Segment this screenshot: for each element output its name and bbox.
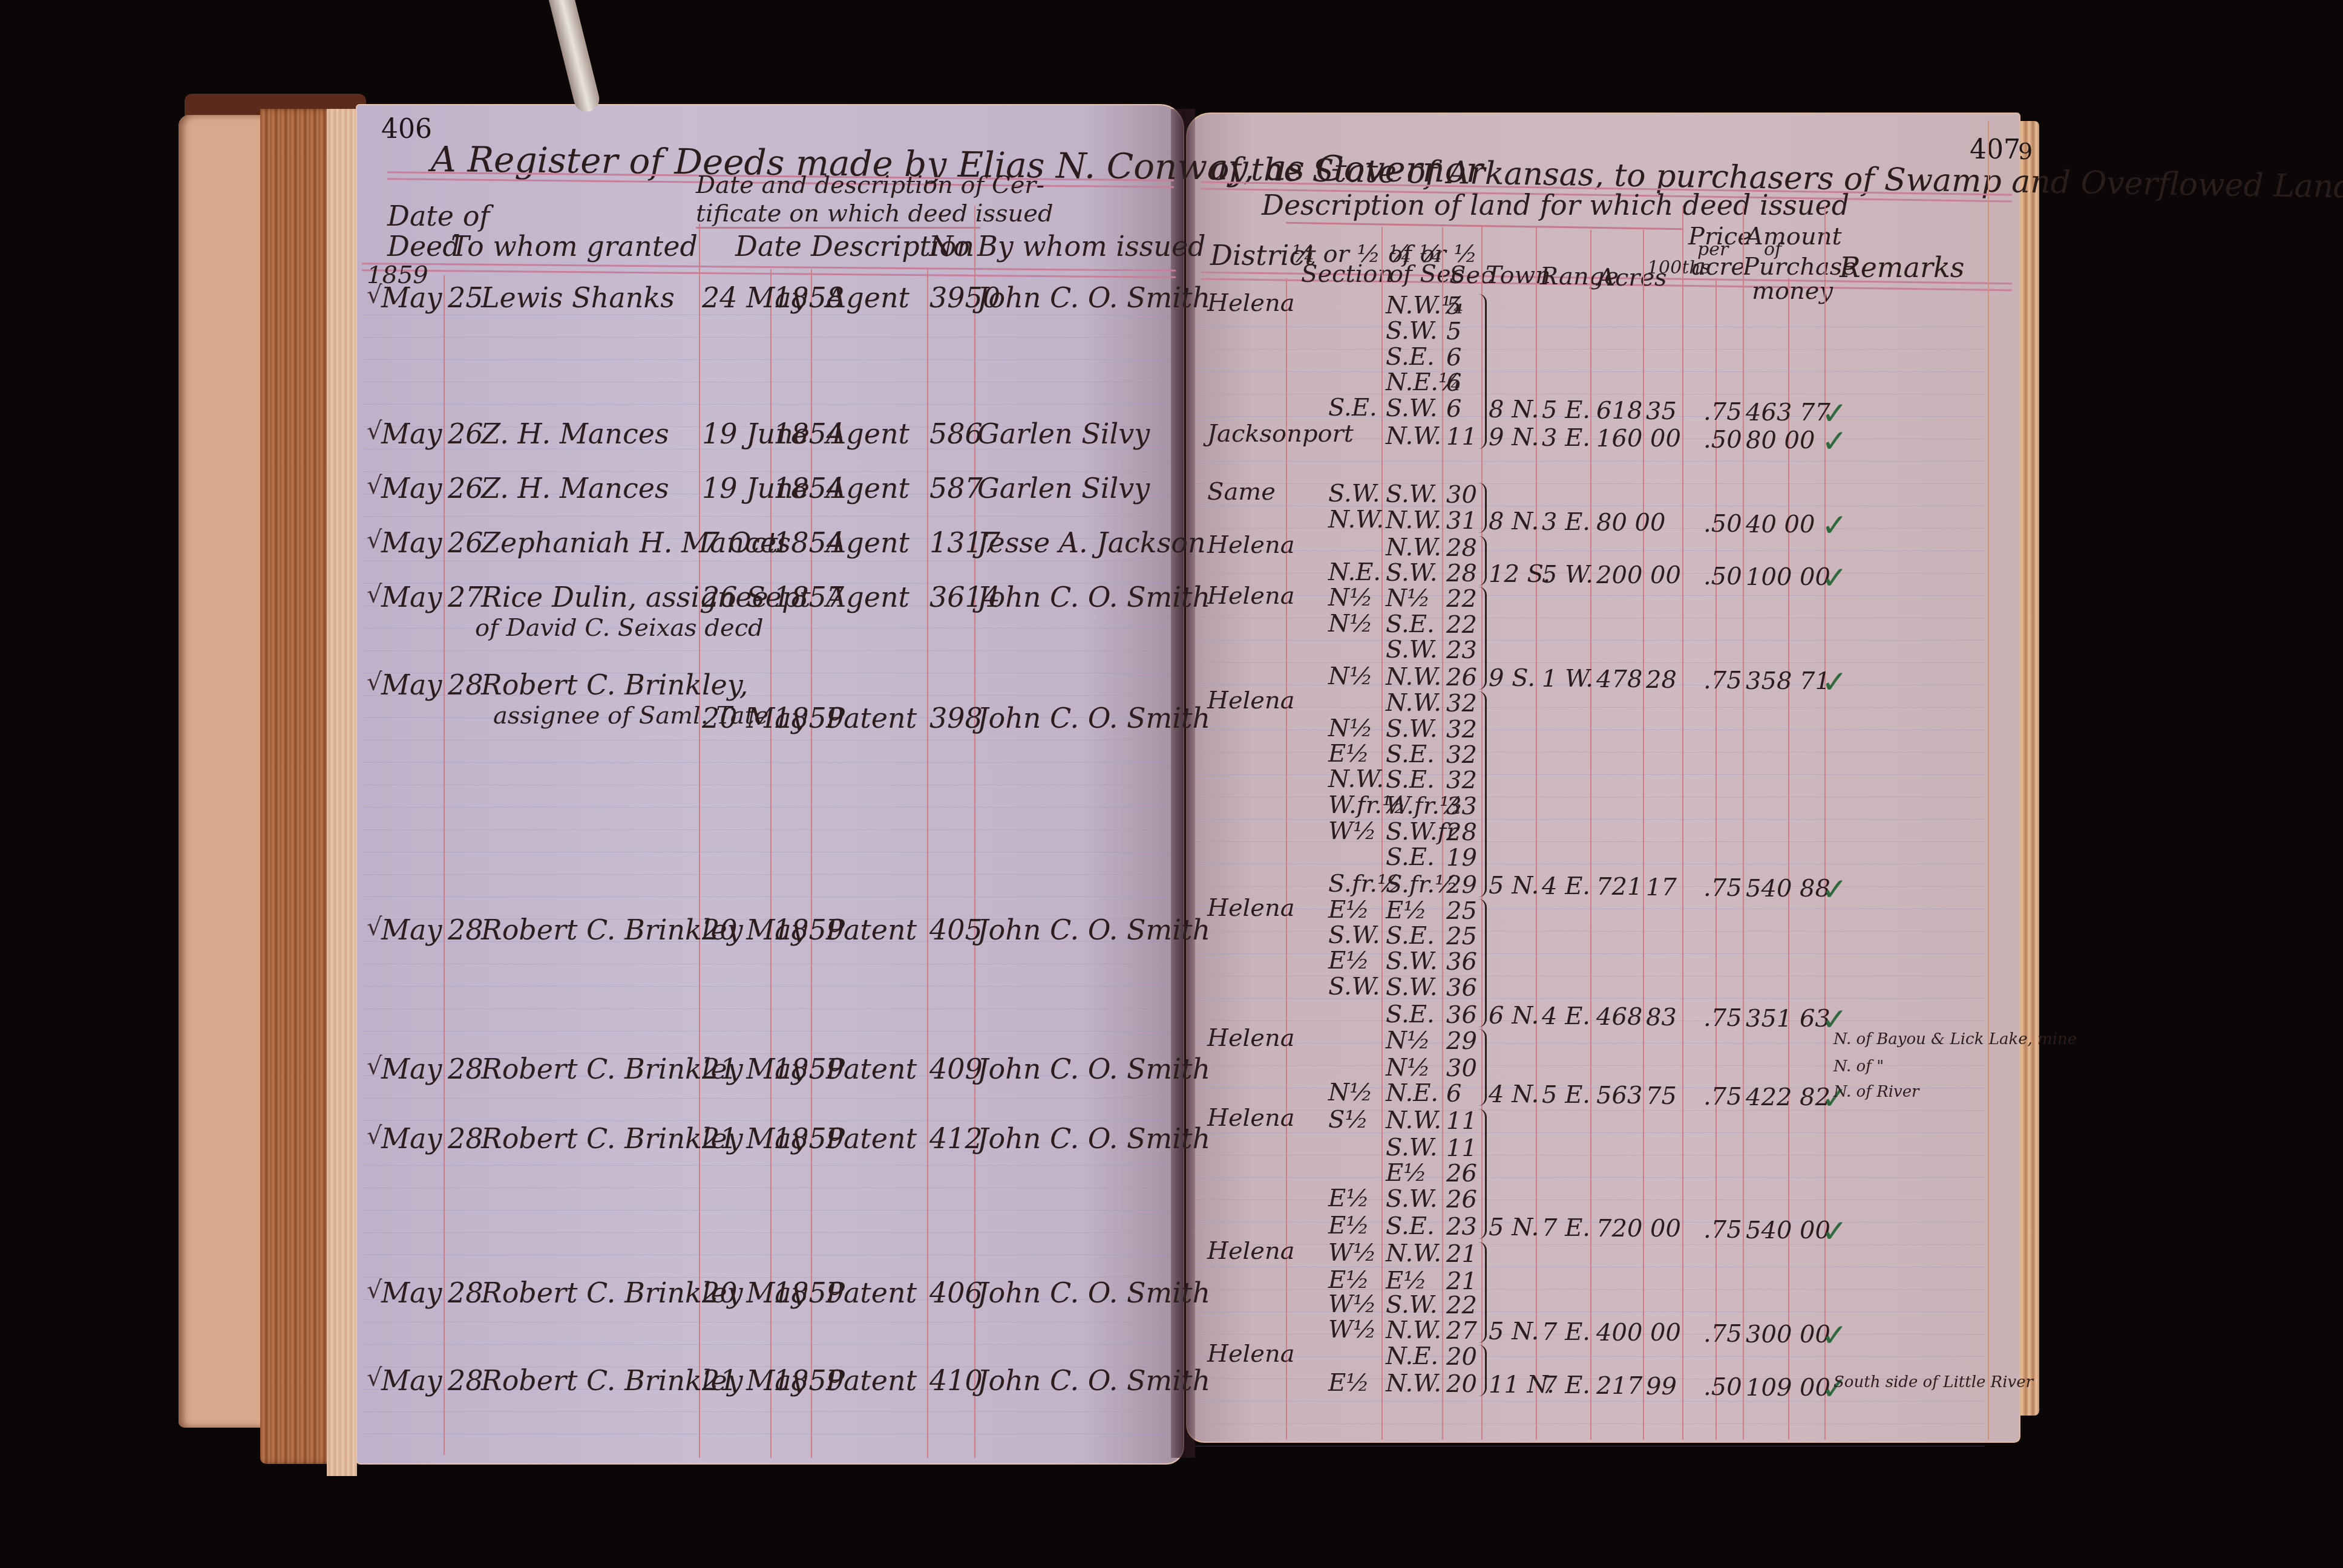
land-price: .50 [1703, 510, 1742, 538]
cert-number: 410 [929, 1364, 983, 1397]
land-amount: 540 00 [1746, 1217, 1830, 1244]
book-cover-edge [179, 115, 263, 1428]
issued-by: John C. O. Smith [977, 702, 1210, 734]
land-acres: 478 [1596, 665, 1642, 693]
land-acres: 400 00 [1596, 1319, 1681, 1347]
land-hundredths: 28 [1646, 666, 1677, 694]
land-acres: 217 [1596, 1372, 1642, 1400]
faint-rule [363, 1098, 1168, 1099]
audit-check-icon: ✓ [1821, 508, 1848, 544]
cert-description: Patent [826, 1364, 917, 1397]
land-price: .75 [1703, 1216, 1742, 1244]
land-quarter-of-sec: N.W. [1386, 1316, 1441, 1344]
land-sec: 33 [1446, 792, 1477, 820]
land-sec: 23 [1446, 636, 1477, 664]
issued-by: Garlen Silvy [977, 417, 1150, 450]
land-sec: 28 [1446, 818, 1477, 846]
faint-rule [363, 1434, 1168, 1434]
header-remarks: Remarks [1840, 251, 1964, 284]
header-no: No [929, 230, 970, 263]
col-divider [699, 224, 700, 1458]
deed-day: 27 [448, 581, 483, 613]
land-sec: 21 [1446, 1240, 1477, 1268]
land-quarter-section: N.E. [1328, 558, 1381, 586]
header-deed: Deed [387, 230, 460, 263]
land-town: 12 S. [1489, 560, 1550, 588]
land-quarter-of-sec: S.E. [1386, 343, 1435, 371]
land-quarter-of-sec: N.E. [1386, 1342, 1438, 1370]
land-town: 8 N. [1489, 508, 1539, 535]
cert-number: 405 [929, 913, 983, 946]
brace-icon [1476, 1109, 1487, 1239]
land-town: 9 N. [1489, 423, 1539, 451]
land-town: 5 N. [1489, 1318, 1539, 1345]
faint-rule [363, 315, 1168, 315]
faint-rule [363, 740, 1168, 740]
land-sec: 6 [1446, 395, 1461, 423]
land-sec: 11 [1446, 1107, 1477, 1135]
deed-month: May [381, 913, 442, 946]
land-district: Helena [1207, 1340, 1295, 1368]
left-page-number: 406 [381, 114, 432, 145]
land-sec: 6 [1446, 1080, 1461, 1108]
land-quarter-section: N½ [1328, 610, 1373, 638]
land-sec: 26 [1446, 1160, 1477, 1187]
issued-by: John C. O. Smith [977, 1364, 1210, 1397]
land-quarter-section: W½ [1328, 817, 1377, 845]
land-town: 4 N. [1489, 1080, 1539, 1108]
land-range: 5 E. [1542, 396, 1590, 424]
land-quarter-of-sec: N.W. [1386, 506, 1441, 534]
land-quarter-of-sec: S.W. [1386, 636, 1438, 664]
cert-description: Patent [826, 1122, 917, 1155]
faint-rule [363, 986, 1168, 987]
deed-month: May [381, 581, 442, 613]
brace-icon [1476, 1345, 1487, 1396]
land-district: Helena [1207, 289, 1295, 317]
cert-description: Patent [826, 1276, 917, 1309]
land-acres: 720 00 [1596, 1215, 1681, 1243]
land-quarter-of-sec: S.E. [1386, 740, 1435, 768]
land-amount: 540 88 [1746, 875, 1830, 903]
cert-number: 398 [929, 702, 983, 734]
land-range: 4 E. [1542, 872, 1590, 900]
land-sec: 28 [1446, 560, 1477, 587]
issued-by: John C. O. Smith [977, 913, 1210, 946]
land-district: Helena [1207, 1237, 1295, 1265]
land-quarter-of-sec: S.E. [1386, 1212, 1435, 1240]
col-divider [927, 269, 928, 1458]
header-cert-group-2: tificate on which deed issued [696, 200, 1054, 227]
audit-check-icon: ✓ [1821, 423, 1848, 460]
land-quarter-of-sec: S.W. [1386, 1134, 1438, 1161]
land-sec: 32 [1446, 716, 1477, 743]
issued-by: John C. O. Smith [977, 281, 1210, 314]
land-amount: 351 63 [1746, 1005, 1830, 1033]
header-by-whom-issued: By whom issued [977, 230, 1206, 263]
faint-rule [363, 650, 1168, 651]
issued-by: John C. O. Smith [977, 1122, 1210, 1155]
cert-description: Patent [826, 913, 917, 946]
land-quarter-of-sec: N.W. [1386, 1106, 1441, 1134]
land-sec: 29 [1446, 871, 1477, 899]
land-quarter-of-sec: E½ [1386, 1159, 1427, 1187]
land-price: .50 [1703, 1373, 1742, 1401]
margin-check-icon: √ [367, 281, 382, 309]
land-sec: 32 [1446, 741, 1477, 769]
land-acres: 160 00 [1596, 425, 1681, 452]
land-quarter-of-sec: N½ [1386, 1054, 1430, 1082]
faint-rule [363, 874, 1168, 875]
header-amount-4: money [1752, 277, 1833, 305]
land-town: 8 N. [1489, 396, 1539, 423]
land-quarter-of-sec: S.W. [1386, 715, 1438, 743]
land-remark: N. of River [1833, 1083, 1919, 1101]
land-acres: 618 [1596, 397, 1642, 425]
cert-description: Agent [826, 581, 909, 613]
deed-month: May [381, 668, 442, 701]
deed-month: May [381, 1364, 442, 1397]
cert-number: 406 [929, 1276, 983, 1309]
margin-check-icon: √ [367, 417, 382, 445]
land-sec: 28 [1446, 534, 1477, 562]
land-quarter-of-sec: N.W. [1386, 1370, 1441, 1397]
land-district: Jacksonport [1207, 420, 1354, 448]
issued-by: John C. O. Smith [977, 581, 1210, 613]
land-quarter-of-sec: S.W. [1386, 947, 1438, 975]
land-acres: 80 00 [1596, 509, 1666, 537]
land-amount: 358 71 [1746, 667, 1830, 695]
land-town: 6 N. [1489, 1002, 1539, 1030]
land-quarter-of-sec: N.W. [1386, 689, 1441, 717]
land-sec: 25 [1446, 897, 1477, 925]
faint-rule [363, 404, 1168, 405]
deed-month: May [381, 1122, 442, 1155]
audit-check-icon: ✓ [1821, 1318, 1848, 1354]
next-page-number-peek: 9 [2018, 138, 2033, 165]
land-amount: 80 00 [1746, 426, 1815, 454]
land-town: 5 N. [1489, 872, 1539, 900]
faint-rule [363, 516, 1168, 517]
col-divider [1381, 227, 1383, 1440]
land-sec: 22 [1446, 585, 1477, 613]
land-quarter-of-sec: S.E. [1386, 766, 1435, 794]
margin-check-icon: √ [367, 472, 382, 500]
col-divider [1590, 230, 1591, 1440]
land-price: .75 [1703, 1083, 1742, 1111]
faint-rule [363, 829, 1168, 830]
land-sec: 32 [1446, 766, 1477, 794]
land-sec: 25 [1446, 923, 1477, 950]
land-quarter-of-sec: S.E. [1386, 610, 1435, 638]
deed-day: 28 [448, 1053, 483, 1085]
land-sec: 20 [1446, 1370, 1477, 1398]
land-sec: 30 [1446, 481, 1477, 509]
land-price: .75 [1703, 1320, 1742, 1348]
deed-day: 26 [448, 417, 483, 450]
land-sec: 29 [1446, 1027, 1477, 1055]
land-sec: 36 [1446, 948, 1477, 976]
land-remark: South side of Little River [1833, 1373, 2033, 1391]
faint-rule [363, 762, 1168, 763]
land-sec: 6 [1446, 344, 1461, 371]
land-price: .50 [1703, 426, 1742, 454]
land-sec: 5 [1446, 292, 1461, 320]
faint-rule [363, 359, 1168, 360]
issued-by: Garlen Silvy [977, 472, 1150, 505]
land-sec: 5 [1446, 318, 1461, 345]
brace-icon [1476, 691, 1487, 897]
land-price: .75 [1703, 398, 1742, 426]
land-hundredths: 83 [1646, 1004, 1677, 1031]
margin-check-icon: √ [367, 1276, 382, 1304]
deed-grantee-line2: of David C. Seixas decd [475, 614, 764, 642]
land-range: 3 E. [1542, 508, 1590, 536]
col-divider [1682, 206, 1683, 1440]
land-quarter-section: W½ [1328, 1290, 1377, 1318]
land-sec: 19 [1446, 844, 1477, 872]
land-quarter-of-sec: N.W. [1386, 534, 1441, 561]
land-remark: N. of " [1833, 1057, 1884, 1076]
land-sec: 11 [1446, 1134, 1477, 1162]
deed-grantee: Lewis Shanks [481, 281, 675, 314]
land-quarter-section: E½ [1328, 1212, 1369, 1240]
land-quarter-section: S.W. [1328, 973, 1380, 1001]
brace-icon [1476, 294, 1487, 449]
page-holder-stick [548, 0, 602, 114]
cert-number: 409 [929, 1053, 983, 1085]
land-sec: 32 [1446, 690, 1477, 717]
issued-by: John C. O. Smith [977, 1276, 1210, 1309]
land-district: Helena [1207, 1024, 1295, 1052]
brace-icon [1476, 483, 1487, 533]
faint-rule [363, 852, 1168, 852]
land-quarter-of-sec: S.E. [1386, 843, 1435, 871]
brace-icon [1476, 1242, 1487, 1343]
land-price: .75 [1703, 874, 1742, 902]
col-divider [1824, 206, 1826, 1440]
right-page-number: 407 [1970, 134, 2020, 165]
land-quarter-of-sec: N.W. [1386, 1240, 1441, 1267]
faint-rule [363, 1255, 1168, 1255]
land-acres: 721 [1596, 873, 1642, 901]
land-quarter-section: E½ [1328, 740, 1369, 768]
faint-rule [363, 1344, 1168, 1345]
land-sec: 22 [1446, 611, 1477, 639]
deed-day: 26 [448, 472, 483, 505]
land-quarter-of-sec: N½ [1386, 1027, 1430, 1054]
col-divider [974, 206, 975, 1458]
deed-grantee: Z. H. Mances [481, 417, 669, 450]
land-district: Helena [1207, 582, 1295, 610]
land-amount: 422 82 [1746, 1083, 1830, 1111]
land-quarter-of-sec: S.W. [1386, 559, 1438, 587]
land-price: .75 [1703, 667, 1742, 694]
land-quarter-section: E½ [1328, 1184, 1369, 1212]
faint-rule [363, 337, 1168, 338]
land-range: 5 E. [1542, 1081, 1590, 1109]
land-quarter-of-sec: N.W. [1386, 663, 1441, 691]
land-sec: 6 [1446, 369, 1461, 397]
deed-day: 28 [448, 913, 483, 946]
land-price: .75 [1703, 1004, 1742, 1032]
land-quarter-of-sec: S.W. [1386, 394, 1438, 422]
land-amount: 463 77 [1746, 399, 1830, 426]
faint-rule [363, 1120, 1168, 1121]
land-sec: 27 [1446, 1317, 1477, 1345]
brace-icon [1476, 899, 1487, 1027]
deed-month: May [381, 1053, 442, 1085]
land-quarter-section: S.E. [1328, 394, 1377, 422]
land-hundredths: 75 [1646, 1082, 1677, 1110]
header-date: Date [735, 230, 802, 263]
col-divider [1643, 230, 1644, 1440]
header-to-whom-granted: To whom granted [451, 230, 698, 263]
header-date-of: Date of [387, 200, 490, 232]
faint-rule [363, 1031, 1168, 1031]
land-sec: 30 [1446, 1054, 1477, 1082]
land-quarter-of-sec: N.E. [1386, 1079, 1438, 1107]
land-range: 7 E. [1542, 1214, 1590, 1242]
col-divider [1743, 206, 1744, 1440]
land-district: Helena [1207, 531, 1295, 559]
deed-month: May [381, 472, 442, 505]
audit-check-icon: ✓ [1821, 560, 1848, 596]
land-quarter-section: E½ [1328, 1369, 1369, 1397]
margin-check-icon: √ [367, 1122, 382, 1150]
cert-description: Agent [826, 472, 909, 505]
land-quarter-section: E½ [1328, 896, 1369, 924]
land-quarter-of-sec: N½ [1386, 584, 1430, 612]
faint-rule [363, 561, 1168, 561]
land-quarter-section: N½ [1328, 1079, 1373, 1106]
issued-by: John C. O. Smith [977, 1053, 1210, 1085]
land-range: 4 E. [1542, 1002, 1590, 1030]
faint-rule [363, 1187, 1168, 1188]
brace-icon [1476, 536, 1487, 586]
brace-icon [1476, 587, 1487, 690]
land-quarter-of-sec: S.E. [1386, 922, 1435, 950]
land-range: 5 W. [1542, 561, 1593, 589]
land-quarter-section: N.W. [1328, 506, 1384, 534]
land-quarter-section: W½ [1328, 1239, 1377, 1267]
land-hundredths: 35 [1646, 397, 1677, 425]
deed-month: May [381, 417, 442, 450]
margin-check-icon: √ [367, 1053, 382, 1080]
land-sec: 11 [1446, 423, 1477, 451]
land-quarter-section: N½ [1328, 584, 1373, 612]
land-sec: 22 [1446, 1292, 1477, 1319]
land-acres: 563 [1596, 1082, 1642, 1109]
margin-check-icon: √ [367, 913, 382, 941]
land-quarter-of-sec: S.W. [1386, 973, 1438, 1001]
faint-rule [363, 964, 1168, 964]
deed-day: 26 [448, 526, 483, 559]
cert-description: Agent [826, 417, 909, 450]
header-price-3: acre [1691, 253, 1745, 281]
land-sec: 20 [1446, 1343, 1477, 1371]
land-quarter-section: N½ [1328, 662, 1373, 690]
land-sec: 36 [1446, 1001, 1477, 1029]
land-amount: 109 00 [1746, 1374, 1830, 1402]
col-divider [444, 275, 445, 1455]
cert-description: Agent [826, 281, 909, 314]
land-district: Helena [1207, 687, 1295, 714]
deed-day: 25 [448, 281, 483, 314]
land-acres: 468 [1596, 1003, 1642, 1031]
cert-number: 586 [929, 417, 983, 450]
land-district: Same [1207, 478, 1276, 506]
land-range: 7 E. [1542, 1371, 1590, 1399]
faint-rule [363, 382, 1168, 382]
land-quarter-section: S.W. [1328, 480, 1380, 508]
land-quarter-of-sec: S.W. [1386, 317, 1438, 345]
land-range: 1 W. [1542, 665, 1593, 693]
land-range: 3 E. [1542, 424, 1590, 452]
faint-rule [363, 1232, 1168, 1233]
audit-check-icon: ✓ [1821, 1214, 1848, 1250]
cert-date: 7 Oct [702, 526, 778, 559]
faint-rule [363, 897, 1168, 897]
faint-rule [363, 1008, 1168, 1009]
deed-day: 28 [448, 1276, 483, 1309]
land-quarter-of-sec: S.W. [1386, 480, 1438, 508]
land-quarter-section: W½ [1328, 1316, 1377, 1344]
deed-day: 28 [448, 1364, 483, 1397]
land-quarter-of-sec: E½ [1386, 897, 1427, 924]
land-range: 7 E. [1542, 1318, 1590, 1346]
land-quarter-section: S½ [1328, 1106, 1368, 1134]
land-district: Helena [1207, 1104, 1295, 1132]
header-amount-1: Amount [1746, 223, 1842, 250]
margin-check-icon: √ [367, 581, 382, 609]
land-hundredths: 17 [1646, 874, 1677, 901]
margin-check-icon: √ [367, 526, 382, 554]
header-cert-group-1: Date and description of Cer- [696, 171, 1044, 199]
land-sec: 26 [1446, 1186, 1477, 1214]
faint-rule [363, 1165, 1168, 1166]
land-town: 9 S. [1489, 664, 1535, 692]
land-acres: 200 00 [1596, 561, 1681, 589]
faint-rule [1195, 1446, 1985, 1446]
cert-description: Patent [826, 702, 917, 734]
land-sec: 36 [1446, 974, 1477, 1002]
land-district: Helena [1207, 894, 1295, 922]
page-stack-edge-light [327, 109, 357, 1476]
faint-rule [363, 1210, 1168, 1210]
issued-by: Jesse A. Jackson [977, 526, 1206, 559]
brace-icon [1476, 1029, 1487, 1106]
audit-check-icon: ✓ [1821, 872, 1848, 908]
faint-rule [363, 807, 1168, 808]
land-quarter-of-sec: S.E. [1386, 1001, 1435, 1028]
faint-rule [363, 1322, 1168, 1322]
deed-day: 28 [448, 1122, 483, 1155]
land-amount: 100 00 [1746, 563, 1830, 591]
land-quarter-section: E½ [1328, 947, 1369, 975]
land-sec: 26 [1446, 664, 1477, 691]
land-price: .50 [1703, 563, 1742, 590]
deed-day: 28 [448, 668, 483, 701]
cert-number: 587 [929, 472, 983, 505]
col-divider [1286, 278, 1287, 1440]
land-remark: N. of Bayou & Lick Lake, mine [1833, 1030, 2077, 1048]
deed-grantee-line2: assignee of Saml. Tate [493, 702, 768, 730]
page-margin-line [1988, 121, 1989, 1440]
header-quarter-section-2: Section [1301, 260, 1393, 288]
right-page [1186, 113, 2020, 1443]
land-sec: 31 [1446, 507, 1477, 535]
